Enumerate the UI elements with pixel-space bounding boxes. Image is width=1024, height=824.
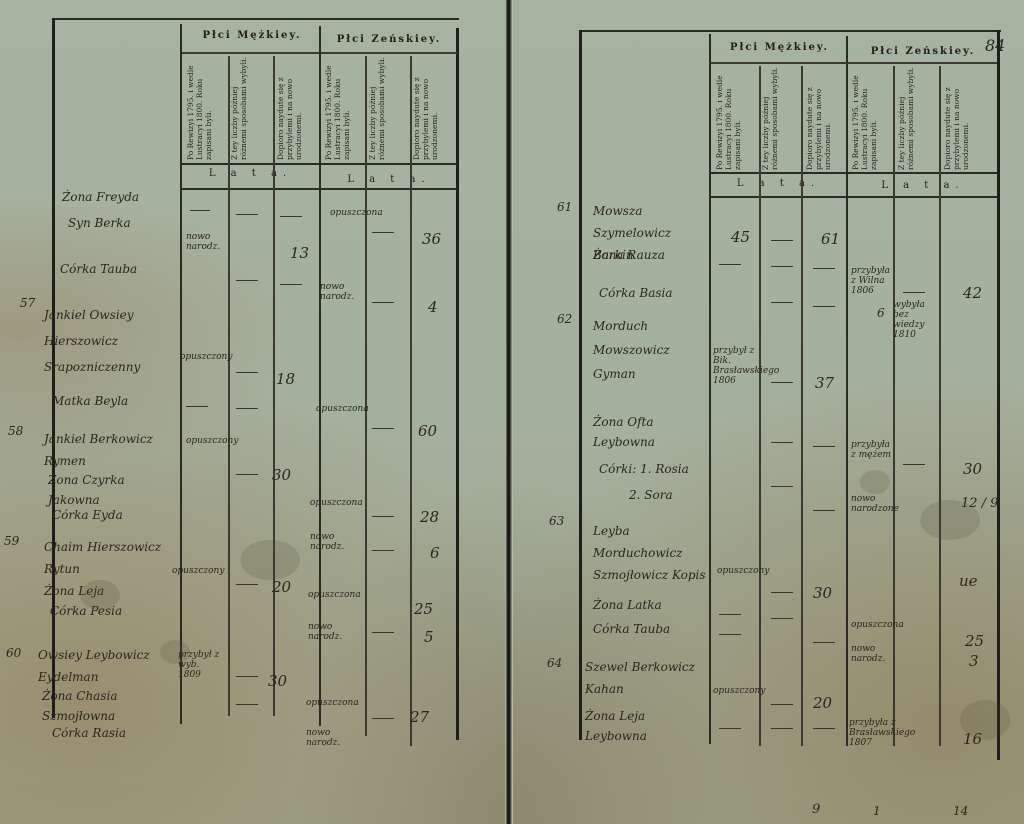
entry-female-departed: wybyła bez wiedzy 1810 (893, 300, 939, 340)
entry-number: 62 (557, 312, 572, 326)
dash (813, 510, 835, 511)
stain (240, 540, 300, 580)
stain (920, 500, 980, 540)
dash (236, 474, 258, 475)
entry-name: Matka Beyla (52, 394, 128, 408)
male-group-header: Płci Mężkiey. (185, 30, 319, 41)
entry-male-status: opuszczony (186, 436, 226, 446)
col-header-new-female: Dopioro naydute się z przybylemi i na no… (412, 56, 452, 160)
entry-name: Morduch Mowszowicz Gyman (593, 314, 709, 386)
entry-female-status: przybyła z mężem (851, 440, 895, 460)
left-border-line (579, 30, 582, 740)
entry-name: 2. Sora (629, 488, 673, 502)
entry-male-status: nowo narodz. (186, 232, 230, 252)
sex-divider (846, 36, 848, 746)
dash (236, 214, 258, 215)
entry-female-age: 25 (414, 600, 433, 618)
col-header-registered-male: Po Rewizyi 1795. i wedle Lustracyi 1800.… (715, 66, 755, 170)
entry-female-status: nowo narodz. (308, 622, 348, 642)
col-header-registered-female: Po Rewizyi 1795. i wedle Lustracyi 1800.… (324, 56, 364, 160)
top-border-line (54, 18, 459, 20)
dash (372, 232, 394, 233)
lata-rule-bottom (711, 196, 997, 198)
dash (719, 264, 741, 265)
entry-number: 63 (549, 514, 564, 528)
entry-name: Żona Czyrka Jakowna (48, 470, 178, 510)
entry-name: Córka Basia (599, 286, 673, 300)
dash (280, 284, 302, 285)
footer-mark: 9 (812, 802, 820, 817)
entry-female-status: nowo narodzone (851, 494, 895, 514)
dash (719, 728, 741, 729)
left-page: Płci Mężkiey. Płci Zeńskiey. Po Rewizyi … (0, 0, 505, 824)
female-group-header: Płci Zeńskiey. (322, 34, 456, 45)
dash (813, 728, 835, 729)
top-border-line (581, 30, 1001, 32)
lata-rule-top (182, 163, 457, 165)
stain (860, 470, 890, 494)
page-number: 84 (985, 36, 1005, 55)
entry-male-status: opuszczony (717, 566, 757, 576)
dash (372, 550, 394, 551)
entry-male-status: przybył z Bik. Brasławskiego 1806 (713, 346, 759, 386)
entry-name: Żona Rauza (593, 248, 665, 262)
right-border-line (997, 30, 1000, 760)
entry-name: Jankiel Berkowicz Rymen (44, 428, 174, 472)
entry-male-age: 30 (272, 466, 291, 484)
stain (160, 640, 190, 664)
dash (771, 728, 793, 729)
entry-number: 57 (20, 296, 35, 310)
entry-female-age: 27 (410, 708, 429, 726)
entry-male-age: 20 (272, 578, 291, 596)
book-gutter (505, 0, 513, 824)
dash (190, 210, 210, 211)
dash (719, 634, 741, 635)
entry-female-mark: ue (959, 572, 978, 590)
entry-female-status: opuszczona (310, 498, 350, 508)
col-header-new-male: Dopioro naydute się z przybylemi i na no… (276, 56, 316, 160)
dash (372, 302, 394, 303)
footer-mark: 14 (953, 804, 968, 818)
dash (771, 618, 793, 619)
dash (903, 464, 925, 465)
entry-name: Żona Chasia Szmojłowna (42, 686, 172, 726)
entry-number: 58 (8, 424, 23, 438)
entry-number: 60 (6, 646, 21, 660)
dash (813, 306, 835, 307)
male-group-header: Płci Mężkiey. (713, 42, 846, 53)
entry-male-status: opuszczony (172, 566, 216, 576)
dash (813, 642, 835, 643)
dash (771, 240, 793, 241)
col-header-registered-male: Po Rewizyi 1795. i wedle Lustracyi 1800.… (186, 56, 226, 160)
name-column-divider (709, 34, 711, 744)
dash (372, 516, 394, 517)
dash (771, 442, 793, 443)
entry-female-status: przybyła z Wilna 1806 (851, 266, 895, 296)
entry-name: Córka Eyda (52, 508, 123, 522)
entry-name: Szewel Berkowicz Kahan (585, 656, 709, 700)
sex-divider (319, 26, 321, 726)
entry-female-status: opuszczona (308, 590, 348, 600)
entry-female-age: 60 (418, 422, 437, 440)
column-line (273, 56, 275, 716)
entry-male-status: opuszczony (713, 686, 757, 696)
entry-number: 59 (4, 534, 19, 548)
entry-name: Córki: 1. Rosia (599, 462, 689, 476)
dash (236, 584, 258, 585)
entry-name: Jankiel Owsiey Hierszowicz Srapozniczenn… (44, 302, 174, 380)
group-header-rule (711, 62, 997, 64)
entry-name: Leyba Morduchowicz Szmojłowicz Kopis (593, 520, 709, 586)
dash (771, 486, 793, 487)
entry-female-age: 25 (965, 632, 984, 650)
years-label-female: L a t a. (322, 174, 456, 185)
entry-name: Żona Ofta Leybowna (593, 412, 709, 452)
entry-name: Syn Berka (68, 216, 131, 230)
entry-number: 64 (547, 656, 562, 670)
column-line (801, 66, 803, 746)
female-group-header: Płci Zeńskiey. (849, 46, 997, 57)
entry-female-status: nowo narodz. (306, 728, 346, 748)
entry-name: Żona Freyda (62, 190, 139, 204)
entry-name: Chaim Hierszowicz Rytun (44, 536, 174, 580)
entry-male-age: 13 (290, 244, 309, 262)
col-header-new-male: Dopioro naydute się z przybylemi i na no… (805, 66, 845, 170)
entry-male-age: 18 (276, 370, 295, 388)
entry-female-status: przybyła z Brasławskiego 1807 (849, 718, 899, 748)
entry-name: Córka Tauba (60, 262, 137, 276)
dash (903, 292, 925, 293)
entry-female-age: 3 (969, 652, 979, 670)
entry-female-status: nowo narodz. (320, 282, 360, 302)
entry-name: Żona Latka (593, 598, 662, 612)
entry-male-age: 61 (821, 230, 840, 248)
years-label-male: L a t a. (711, 178, 846, 189)
column-line (759, 66, 761, 746)
dash (813, 446, 835, 447)
entry-male-age: 30 (268, 672, 287, 690)
entry-female-status: nowo narodz. (310, 532, 350, 552)
right-page: Płci Mężkiey. Płci Zeńskiey. Po Rewizyi … (513, 0, 1024, 824)
column-line (228, 56, 230, 716)
entry-male-age: 37 (815, 374, 834, 392)
stain (960, 700, 1010, 740)
dash (771, 302, 793, 303)
col-header-new-female: Dopioro naydute się z przybylemi i na no… (943, 66, 991, 170)
col-header-registered-female: Po Rewizyi 1795. i wedle Lustracyi 1800.… (851, 66, 891, 170)
entry-name: Córka Tauba (593, 622, 670, 636)
col-header-departed-female: Z tey liczby później różnemi sposobami w… (897, 66, 937, 170)
dash (372, 632, 394, 633)
dash (236, 676, 258, 677)
entry-female-status: opuszczona (306, 698, 346, 708)
entry-female-age: 6 (877, 306, 885, 320)
years-label-male: L a t a. (182, 168, 319, 179)
footer-mark: 1 (873, 804, 881, 818)
dash (372, 718, 394, 719)
entry-female-age: 4 (428, 298, 438, 316)
col-header-departed-male: Z tey liczby później różnemi sposobami w… (761, 66, 801, 170)
years-label-female: L a t a. (849, 180, 997, 191)
dash (771, 592, 793, 593)
entry-male-age: 30 (813, 584, 832, 602)
entry-female-age: 42 (963, 284, 982, 302)
entry-name: Żona Leja Leybowna (585, 706, 709, 746)
dash (771, 382, 793, 383)
entry-name: Córka Rasia (52, 726, 126, 740)
document-spread: Płci Mężkiey. Płci Zeńskiey. Po Rewizyi … (0, 0, 1024, 824)
dash (719, 614, 741, 615)
lata-rule-top (711, 172, 997, 174)
entry-female-age: 5 (424, 628, 434, 646)
entry-female-age: 6 (430, 544, 440, 562)
right-border-line (456, 28, 459, 740)
entry-female-age: 30 (963, 460, 982, 478)
dash (236, 704, 258, 705)
entry-male-status: opuszczony (180, 352, 224, 362)
col-header-departed-male: Z tey liczby później różnemi sposobami w… (230, 56, 270, 160)
dash (771, 704, 793, 705)
entry-name: Owsiey Leybowicz Eydelman (38, 644, 168, 688)
dash (813, 268, 835, 269)
entry-female-status: opuszczona (330, 208, 370, 218)
entry-female-age: 28 (420, 508, 439, 526)
entry-male-age: 20 (813, 694, 832, 712)
entry-female-status: nowo narodz. (851, 644, 895, 664)
entry-number: 61 (557, 200, 572, 214)
dash (236, 372, 258, 373)
dash (186, 406, 208, 407)
column-line (939, 66, 941, 746)
entry-female-status: opuszczona (316, 404, 356, 414)
dash (236, 408, 258, 409)
name-column-divider (180, 24, 182, 724)
entry-female-status: opuszczona (851, 620, 895, 630)
col-header-departed-female: Z tey liczby później różnemi sposobami w… (368, 56, 408, 160)
entry-female-age: 36 (422, 230, 441, 248)
dash (372, 428, 394, 429)
column-line (410, 56, 412, 746)
entry-male-registered: 45 (731, 228, 750, 246)
column-line (365, 56, 367, 736)
dash (236, 280, 258, 281)
dash (771, 266, 793, 267)
lata-rule-bottom (182, 188, 457, 190)
dash (280, 216, 302, 217)
stain (80, 580, 120, 610)
